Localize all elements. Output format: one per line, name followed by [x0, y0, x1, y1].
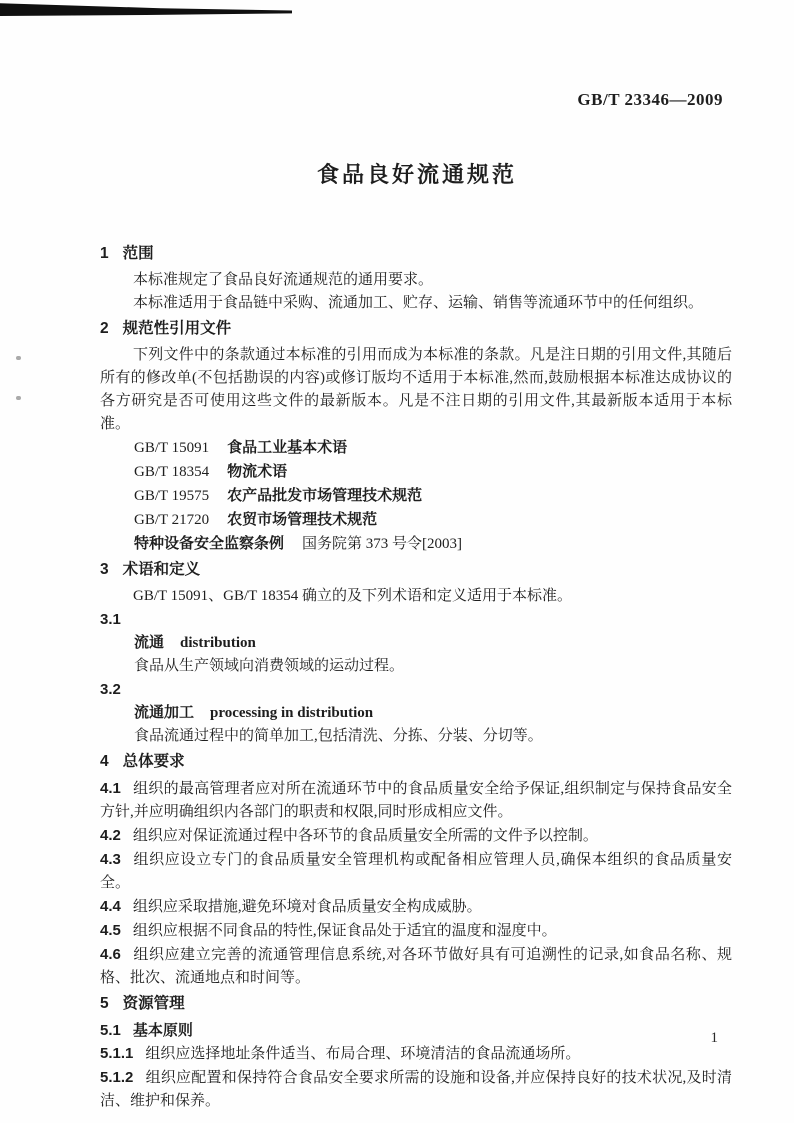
- clause-number: 4.4: [100, 898, 121, 915]
- section-title: 术语和定义: [123, 561, 201, 578]
- clause-text: 组织应根据不同食品的特性,保证食品处于适宜的温度和湿度中。: [133, 923, 557, 939]
- paragraph: 本标准规定了食品良好流通规范的通用要求。: [100, 269, 732, 292]
- section-number: 1: [100, 245, 109, 262]
- section-title: 规范性引用文件: [123, 320, 232, 337]
- document-page: GB/T 23346—2009 食品良好流通规范 1范围 本标准规定了食品良好流…: [0, 0, 794, 1123]
- clause-text: 组织应建立完善的流通管理信息系统,对各环节做好具有可追溯性的记录,如食品名称、规…: [100, 947, 732, 986]
- reference-title: 国务院第 373 号令[2003]: [302, 536, 462, 552]
- reference-item: 特种设备安全监察条例国务院第 373 号令[2003]: [100, 532, 732, 556]
- reference-item: GB/T 21720农贸市场管理技术规范: [100, 508, 732, 532]
- reference-item: GB/T 18354物流术语: [100, 460, 732, 484]
- subsection-title: 基本原则: [133, 1022, 193, 1039]
- term-entry: 流通distribution: [100, 631, 732, 655]
- reference-item: GB/T 15091食品工业基本术语: [100, 436, 732, 460]
- clause: 4.4组织应采取措施,避免环境对食品质量安全构成威胁。: [100, 895, 732, 919]
- clause-number: 5.1.1: [100, 1045, 133, 1062]
- clause: 4.1组织的最高管理者应对所在流通环节中的食品质量安全给予保证,组织制定与保持食…: [100, 777, 732, 824]
- term-definition: 食品流通过程中的简单加工,包括清洗、分拣、分装、分切等。: [100, 725, 732, 748]
- section-number: 5: [100, 995, 109, 1012]
- clause-number: 4.6: [100, 946, 121, 963]
- paragraph: 下列文件中的条款通过本标准的引用而成为本标准的条款。凡是注日期的引用文件,其随后…: [100, 344, 732, 436]
- term-number: 3.2: [100, 678, 732, 701]
- reference-code: GB/T 15091: [134, 440, 209, 456]
- scan-artifact-streak: [0, 3, 292, 16]
- scan-artifact-dot: [16, 356, 21, 360]
- reference-code: 特种设备安全监察条例: [134, 535, 284, 552]
- clause-text: 组织应设立专门的食品质量安全管理机构或配备相应管理人员,确保本组织的食品质量安全…: [100, 852, 732, 891]
- clause-text: 组织应采取措施,避免环境对食品质量安全构成威胁。: [133, 899, 482, 915]
- clause-number: 4.3: [100, 851, 121, 868]
- clause: 4.5组织应根据不同食品的特性,保证食品处于适宜的温度和湿度中。: [100, 919, 732, 943]
- clause-text: 组织的最高管理者应对所在流通环节中的食品质量安全给予保证,组织制定与保持食品安全…: [100, 781, 732, 820]
- section-heading-1: 1范围: [100, 242, 732, 265]
- section-heading-2: 2规范性引用文件: [100, 317, 732, 340]
- standard-code: GB/T 23346—2009: [577, 90, 723, 110]
- clause: 5.1.1组织应选择地址条件适当、布局合理、环境清洁的食品流通场所。: [100, 1042, 732, 1066]
- reference-code: GB/T 19575: [134, 488, 209, 504]
- paragraph: GB/T 15091、GB/T 18354 确立的及下列术语和定义适用于本标准。: [100, 585, 732, 608]
- term-zh: 流通加工: [134, 704, 194, 721]
- subsection-heading: 5.1基本原则: [100, 1019, 732, 1042]
- reference-code: GB/T 18354: [134, 464, 209, 480]
- term-number: 3.1: [100, 608, 732, 631]
- term-definition: 食品从生产领域向消费领域的运动过程。: [100, 655, 732, 678]
- clause: 4.6组织应建立完善的流通管理信息系统,对各环节做好具有可追溯性的记录,如食品名…: [100, 943, 732, 990]
- clause-number: 4.1: [100, 780, 121, 797]
- section-title: 范围: [123, 245, 154, 262]
- section-title: 资源管理: [123, 995, 185, 1012]
- document-body: 1范围 本标准规定了食品良好流通规范的通用要求。 本标准适用于食品链中采购、流通…: [100, 242, 732, 1113]
- section-number: 4: [100, 753, 109, 770]
- section-number: 2: [100, 320, 109, 337]
- document-title: 食品良好流通规范: [20, 158, 794, 189]
- section-title: 总体要求: [123, 753, 185, 770]
- subsection-number: 5.1: [100, 1022, 121, 1039]
- clause-number: 5.1.2: [100, 1069, 133, 1086]
- section-heading-3: 3术语和定义: [100, 558, 732, 581]
- clause-number: 4.5: [100, 922, 121, 939]
- clause-number: 4.2: [100, 827, 121, 844]
- reference-item: GB/T 19575农产品批发市场管理技术规范: [100, 484, 732, 508]
- clause: 5.1.2组织应配置和保持符合食品安全要求所需的设施和设备,并应保持良好的技术状…: [100, 1066, 732, 1113]
- reference-title: 农产品批发市场管理技术规范: [227, 487, 422, 504]
- reference-title: 物流术语: [227, 463, 287, 480]
- term-entry: 流通加工processing in distribution: [100, 701, 732, 725]
- page-number: 1: [711, 1030, 719, 1047]
- term-en: distribution: [180, 635, 256, 651]
- reference-title: 农贸市场管理技术规范: [227, 511, 377, 528]
- section-number: 3: [100, 561, 109, 578]
- paragraph: 本标准适用于食品链中采购、流通加工、贮存、运输、销售等流通环节中的任何组织。: [100, 292, 732, 315]
- clause: 4.3组织应设立专门的食品质量安全管理机构或配备相应管理人员,确保本组织的食品质…: [100, 848, 732, 895]
- section-heading-4: 4总体要求: [100, 750, 732, 773]
- clause: 4.2组织应对保证流通过程中各环节的食品质量安全所需的文件予以控制。: [100, 824, 732, 848]
- section-heading-5: 5资源管理: [100, 992, 732, 1015]
- clause-text: 组织应配置和保持符合食品安全要求所需的设施和设备,并应保持良好的技术状况,及时清…: [100, 1070, 732, 1109]
- clause-text: 组织应选择地址条件适当、布局合理、环境清洁的食品流通场所。: [145, 1046, 580, 1062]
- term-en: processing in distribution: [210, 705, 373, 721]
- term-zh: 流通: [134, 634, 164, 651]
- reference-code: GB/T 21720: [134, 512, 209, 528]
- clause-text: 组织应对保证流通过程中各环节的食品质量安全所需的文件予以控制。: [133, 828, 598, 844]
- reference-title: 食品工业基本术语: [227, 439, 347, 456]
- scan-artifact-dot: [16, 396, 21, 400]
